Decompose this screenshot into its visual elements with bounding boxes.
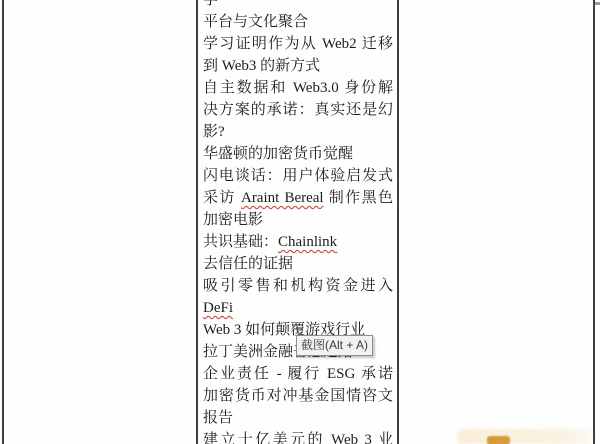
doc-line[interactable]: 加密电影	[203, 209, 393, 231]
doc-line[interactable]: 华盛顿的加密货币觉醒	[203, 143, 393, 165]
doc-line[interactable]: 平台与文化聚合	[203, 11, 393, 33]
doc-line[interactable]: 吸引零售和机构资金进入	[203, 275, 393, 297]
corner-artifact	[595, 2, 600, 5]
document-page: 学平台与文化聚合学习证明作为从 Web2 迁移到 Web3 的新方式自主数据和 …	[0, 0, 600, 444]
doc-text-segment: 学	[203, 0, 218, 8]
doc-text-segment: 影?	[203, 124, 225, 140]
doc-text-segment: 华盛顿的加密货币觉醒	[203, 146, 353, 162]
misspelled-text: DeFi	[203, 300, 233, 316]
doc-line[interactable]: 学	[203, 0, 393, 11]
doc-line[interactable]: 企业责任 - 履行 ESG 承诺	[203, 363, 393, 385]
doc-line[interactable]: 决方案的承诺：真实还是幻	[203, 99, 393, 121]
doc-text-segment: 自主数据和 Web3.0 身份解	[203, 80, 393, 96]
doc-line[interactable]: 自主数据和 Web3.0 身份解	[203, 77, 393, 99]
doc-line[interactable]: 报告	[203, 407, 393, 429]
doc-line[interactable]: 共识基础：Chainlink	[203, 231, 393, 253]
doc-line[interactable]: DeFi	[203, 297, 393, 319]
doc-text-segment: 采访	[203, 190, 241, 206]
table-cell-article-list[interactable]: 学平台与文化聚合学习证明作为从 Web2 迁移到 Web3 的新方式自主数据和 …	[198, 0, 396, 444]
doc-text-segment: 制作黑色	[324, 190, 393, 206]
screenshot-tooltip-label: 截图(Alt + A)	[301, 338, 368, 352]
misspelled-text: Chainlink	[278, 234, 337, 250]
screenshot-tooltip: 截图(Alt + A)	[296, 335, 373, 356]
doc-text-segment: 闪电谈话：用户体验启发式	[203, 168, 393, 184]
doc-line[interactable]: 加密货币对冲基金国情咨文	[203, 385, 393, 407]
doc-text-segment: 去信任的证据	[203, 256, 293, 272]
doc-line[interactable]: 建立十亿美元的 Web 3 业	[203, 429, 393, 444]
doc-text-segment: 吸引零售和机构资金进入	[203, 278, 393, 294]
doc-text-segment: 决方案的承诺：真实还是幻	[203, 102, 393, 118]
doc-text-segment: 加密电影	[203, 212, 263, 228]
doc-text-segment: 建立十亿美元的 Web 3 业	[203, 432, 393, 444]
doc-text-segment: 共识基础：	[203, 234, 278, 250]
watermark-logo-fragment	[487, 436, 510, 444]
document-text-block[interactable]: 学平台与文化聚合学习证明作为从 Web2 迁移到 Web3 的新方式自主数据和 …	[203, 0, 393, 444]
table-border-col-2	[397, 0, 399, 444]
doc-line[interactable]: 学习证明作为从 Web2 迁移	[203, 33, 393, 55]
doc-text-segment: 平台与文化聚合	[203, 14, 308, 30]
doc-line[interactable]: 采访 Araint Bereal 制作黑色	[203, 187, 393, 209]
doc-line[interactable]: 到 Web3 的新方式	[203, 55, 393, 77]
doc-text-segment: 加密货币对冲基金国情咨文	[203, 388, 393, 404]
misspelled-text: Araint Bereal	[241, 190, 324, 206]
doc-text-segment: 企业责任 - 履行 ESG 承诺	[203, 366, 393, 382]
doc-text-segment: 学习证明作为从 Web2 迁移	[203, 36, 393, 52]
watermark-smudge	[458, 429, 592, 444]
doc-text-segment: 报告	[203, 410, 233, 426]
doc-line[interactable]: 影?	[203, 121, 393, 143]
table-border-right	[593, 0, 595, 444]
doc-text-segment: 到 Web3 的新方式	[203, 58, 320, 74]
table-border-left	[2, 0, 4, 444]
doc-line[interactable]: 闪电谈话：用户体验启发式	[203, 165, 393, 187]
doc-line[interactable]: 去信任的证据	[203, 253, 393, 275]
